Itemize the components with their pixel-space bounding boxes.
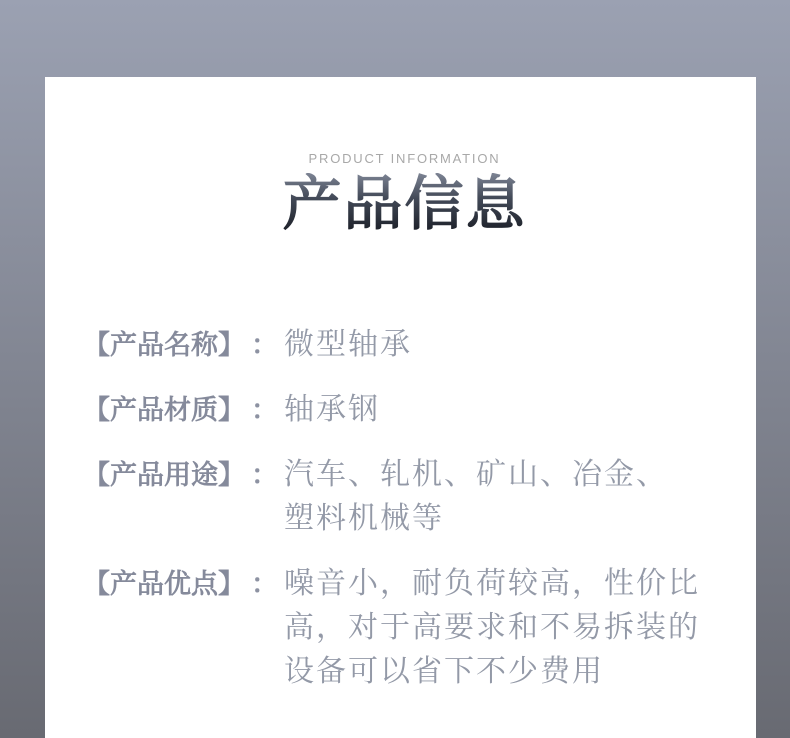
- attribute-colon: ：: [251, 562, 278, 606]
- page: { "colors": { "background_gradient_top":…: [0, 0, 790, 738]
- attribute-colon: ：: [251, 323, 278, 367]
- section-title: 产品信息: [83, 173, 726, 235]
- section-eyebrow: PRODUCT INFORMATION: [83, 151, 726, 167]
- product-attribute-list: 【产品名称】 ： 微型轴承 【产品材质】 ： 轴承钢 【产品用途】 ： 汽车、轧…: [83, 323, 726, 694]
- attribute-label: 【产品优点】: [83, 562, 245, 606]
- product-attribute-row-usage: 【产品用途】 ： 汽车、轧机、矿山、冶金、 塑料机械等: [83, 453, 726, 541]
- attribute-label: 【产品材质】: [83, 388, 245, 432]
- attribute-colon: ：: [251, 388, 278, 432]
- product-attribute-row-advantages: 【产品优点】 ： 噪音小，耐负荷较高，性价比 高，对于高要求和不易拆装的 设备可…: [83, 562, 726, 694]
- attribute-value: 轴承钢: [284, 388, 726, 432]
- attribute-value: 微型轴承: [284, 323, 726, 367]
- product-attribute-row-material: 【产品材质】 ： 轴承钢: [83, 388, 726, 432]
- attribute-value: 噪音小，耐负荷较高，性价比 高，对于高要求和不易拆装的 设备可以省下不少费用: [284, 562, 726, 694]
- attribute-colon: ：: [251, 453, 278, 497]
- attribute-value: 汽车、轧机、矿山、冶金、 塑料机械等: [284, 453, 726, 541]
- product-attribute-row-name: 【产品名称】 ： 微型轴承: [83, 323, 726, 367]
- attribute-label: 【产品用途】: [83, 453, 245, 497]
- product-info-card: PRODUCT INFORMATION 产品信息 【产品名称】 ： 微型轴承 【…: [45, 77, 756, 738]
- attribute-label: 【产品名称】: [83, 323, 245, 367]
